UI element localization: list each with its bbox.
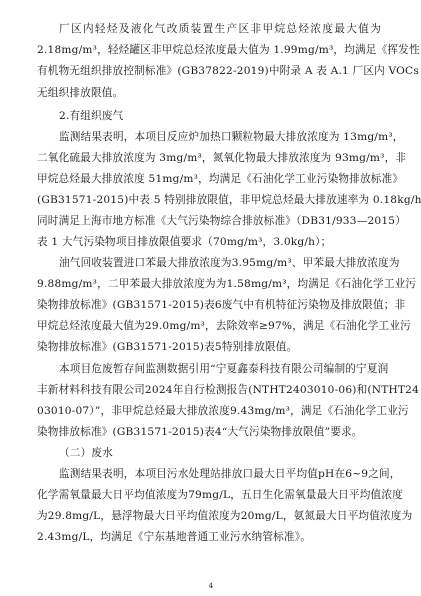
paragraph-line: 染物排放标准》(GB31571-2015)表5特别排放限值。 [37,337,381,357]
page-number: 4 [205,582,217,590]
paragraph-line: (GB31571-2015)中表 5 特别排放限值，非甲烷总烃最大排放速率为 0… [37,190,381,210]
paragraph-line: 有机物无组织排放控制标准》(GB37822-2019)中附录 A 表 A.1 厂… [37,61,381,81]
paragraph-line: 油气回收装置进口苯最大排放浓度为3.95mg/m³、甲苯最大排放浓度为 [59,253,381,273]
paragraph-line: 2.43mg/L，均满足《宁东基地普通工业污水纳管标准》。 [37,527,381,547]
document-page: 厂区内轻烃及液化气改质装置生产区非甲烷总烃浓度最大值为 2.18mg/m³，轻烃… [0,0,421,596]
paragraph-line: 为29.8mg/L，悬浮物最大日平均值浓度为20mg/L，氨氮最大日平均值浓度为 [37,506,381,526]
paragraph-line: 染物排放标准》(GB31571-2015)表4“大气污染物排放限值”要求。 [37,422,381,442]
paragraph-line: 染物排放标准》(GB31571-2015)表6废气中有机特征污染物及排放限值；非 [37,295,381,315]
paragraph-line: 无组织排放限值。 [37,83,381,103]
paragraph-line: 丰新材料科技有限公司2024年自行检测报告(NTHT2403010-06)和(N… [37,380,381,400]
paragraph-line: 厂区内轻烃及液化气改质装置生产区非甲烷总烃浓度最大值为 [59,19,381,39]
paragraph-line: 监测结果表明，本项目反应炉加热口颗粒物最大排放浓度为 13mg/m³， [59,127,381,147]
section-heading: （二）废水 [59,443,381,463]
paragraph-line: 本项目危废暂存间监测数据引用“宁夏鑫泰科技有限公司编制的宁夏润 [59,359,381,379]
paragraph-line: 03010-07）”，非甲烷总烃最大排放浓度9.43mg/m³，满足《石油化学工… [37,401,381,421]
paragraph-line: 二氧化硫最大排放浓度为 3mg/m³，氮氧化物最大排放浓度为 93mg/m³，非 [37,148,381,168]
paragraph-line: 甲烷总烃浓度最大值为29.0mg/m³，去除效率≥97%，满足《石油化学工业污 [37,316,381,336]
paragraph-line: 表 1 大气污染物项目排放限值要求（70mg/m³，3.0kg/h）； [37,232,381,252]
paragraph-line: 监测结果表明，本项目污水处理站排放口最大日平均值pH在6~9之间， [59,464,381,484]
paragraph-line: 化学需氧量最大日平均值浓度为79mg/L，五日生化需氧量最大日平均值浓度 [37,485,381,505]
section-heading: 2.有组织废气 [59,106,381,126]
paragraph-line: 甲烷总烃最大排放浓度 51mg/m³，均满足《石油化学工业污染物排放标准》 [37,169,381,189]
paragraph-line: 同时满足上海市地方标准《大气污染物综合排放标准》（DB31/933—2015） [37,211,381,231]
paragraph-line: 9.88mg/m³，二甲苯最大排放浓度为为1.58mg/m³，均满足《石油化学工… [37,274,381,294]
paragraph-line: 2.18mg/m³，轻烃罐区非甲烷总烃浓度最大值为 1.99mg/m³，均满足《… [37,40,381,60]
